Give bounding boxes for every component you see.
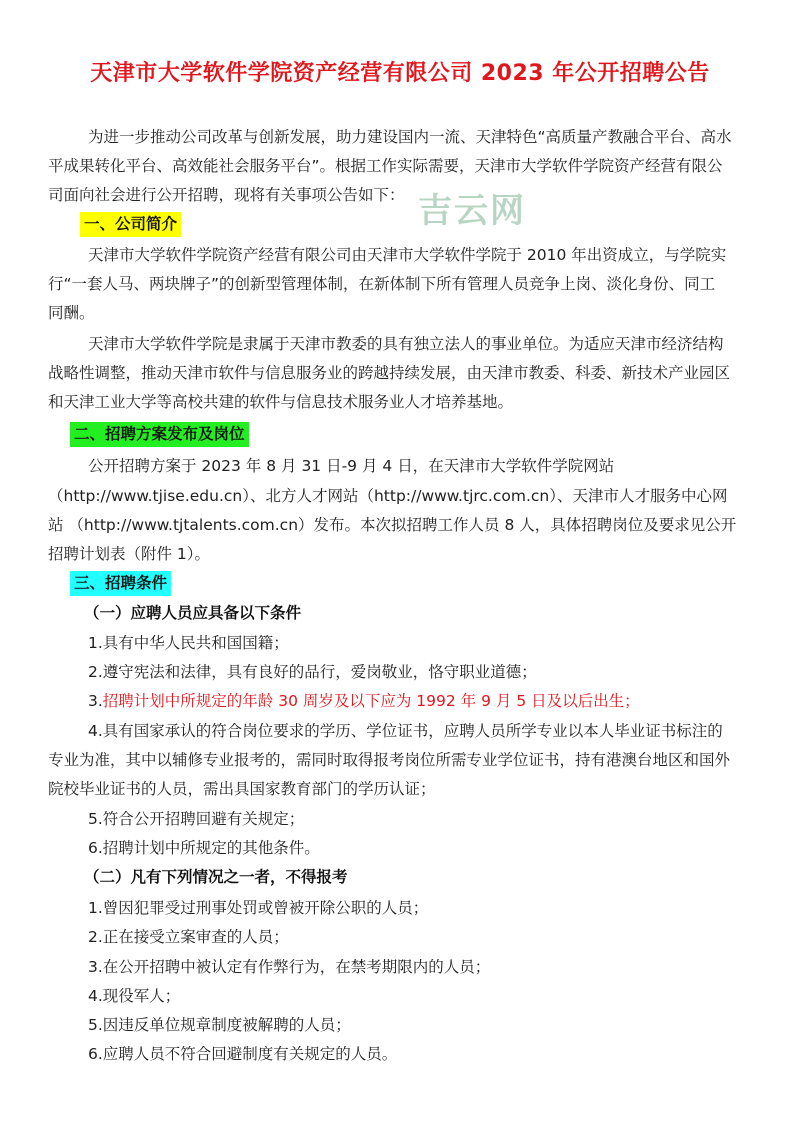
plan-line-3: 站 （http://www.tjtalents.com.cn）发布。本次拟招聘工… xyxy=(48,515,736,535)
plan-line-1: 公开招聘方案于 2023 年 8 月 31 日-9 月 4 日，在天津市大学软件… xyxy=(88,456,614,476)
company-para1-line-1: 天津市大学软件学院资产经营有限公司由天津市大学软件学院于 2010 年出资成立，… xyxy=(88,245,726,265)
section-heading-company-intro: 一、公司简介 xyxy=(80,212,181,237)
heading-highlight: 三、招聘条件 xyxy=(70,571,171,596)
document-title: 天津市大学软件学院资产经营有限公司 2023 年公开招聘公告 xyxy=(0,56,800,87)
intro-line-3: 司面向社会进行公开招聘，现将有关事项公告如下： xyxy=(48,185,405,205)
condition-item-5: 5.符合公开招聘回避有关规定； xyxy=(88,809,304,829)
subheading-disqualifications: （二）凡有下列情况之一者，不得报考 xyxy=(84,867,348,887)
company-para2-line-1: 天津市大学软件学院是隶属于天津市教委的具有独立法人的事业单位。为适应天津市经济结… xyxy=(88,334,724,354)
subheading-required-conditions: （一）应聘人员应具备以下条件 xyxy=(84,603,301,623)
condition-item-3: 3.招聘计划中所规定的年龄 30 周岁及以下应为 1992 年 9 月 5 日及… xyxy=(88,691,640,711)
condition-item-4-line-3: 院校毕业证书的人员，需出具国家教育部门的学历认证； xyxy=(48,779,436,799)
condition-item-1: 1.具有中华人民共和国国籍； xyxy=(88,633,289,653)
intro-line-2: 平成果转化平台、高效能社会服务平台”。根据工作实际需要，天津市大学软件学院资产经… xyxy=(48,156,723,176)
plan-line-4: 招聘计划表（附件 1）。 xyxy=(48,544,210,564)
disqualification-item-6: 6.应聘人员不符合回避制度有关规定的人员。 xyxy=(88,1044,397,1064)
heading-highlight: 一、公司简介 xyxy=(80,212,181,237)
company-para2-line-3: 和天津工业大学等高校共建的软件与信息技术服务业人才培养基地。 xyxy=(48,392,513,412)
disqualification-item-1: 1.曾因犯罪受过刑事处罚或曾被开除公职的人员； xyxy=(88,898,428,918)
condition-item-4-line-2: 专业为准，其中以辅修专业报考的，需同时取得报考岗位所需专业学位证书，持有港澳台地… xyxy=(48,750,730,770)
item-number: 3. xyxy=(88,692,103,710)
disqualification-item-5: 5.因违反单位规章制度被解聘的人员； xyxy=(88,1015,351,1035)
section-heading-requirements: 三、招聘条件 xyxy=(70,571,171,596)
intro-line-1: 为进一步推动公司改革与创新发展，助力建设国内一流、天津特色“高质量产教融合平台、… xyxy=(88,127,732,147)
heading-highlight: 二、招聘方案发布及岗位 xyxy=(70,422,249,447)
company-para1-line-2: 行“一套人马、两块牌子”的创新型管理体制，在新体制下所有管理人员竞争上岗、淡化身… xyxy=(48,274,715,294)
section-heading-recruitment-plan: 二、招聘方案发布及岗位 xyxy=(70,422,249,447)
company-para1-line-3: 同酬。 xyxy=(48,303,95,323)
age-requirement-text: 招聘计划中所规定的年龄 30 周岁及以下应为 1992 年 9 月 5 日及以后… xyxy=(103,692,640,710)
company-para2-line-2: 战略性调整，推动天津市软件与信息服务业的跨越持续发展，由天津市教委、科委、新技术… xyxy=(48,363,730,383)
plan-line-2: （http://www.tjise.edu.cn）、北方人才网站（http://… xyxy=(48,486,727,506)
disqualification-item-3: 3.在公开招聘中被认定有作弊行为，在禁考期限内的人员； xyxy=(88,957,490,977)
condition-item-2: 2.遵守宪法和法律，具有良好的品行，爱岗敬业，恪守职业道德； xyxy=(88,662,537,682)
disqualification-item-4: 4.现役军人； xyxy=(88,986,180,1006)
condition-item-6: 6.招聘计划中所规定的其他条件。 xyxy=(88,838,320,858)
watermark-logo: 吉云网 xyxy=(418,183,526,232)
disqualification-item-2: 2.正在接受立案审查的人员； xyxy=(88,927,289,947)
condition-item-4-line-1: 4.具有国家承认的符合岗位要求的学历、学位证书，应聘人员所学专业以本人毕业证书标… xyxy=(88,721,723,741)
